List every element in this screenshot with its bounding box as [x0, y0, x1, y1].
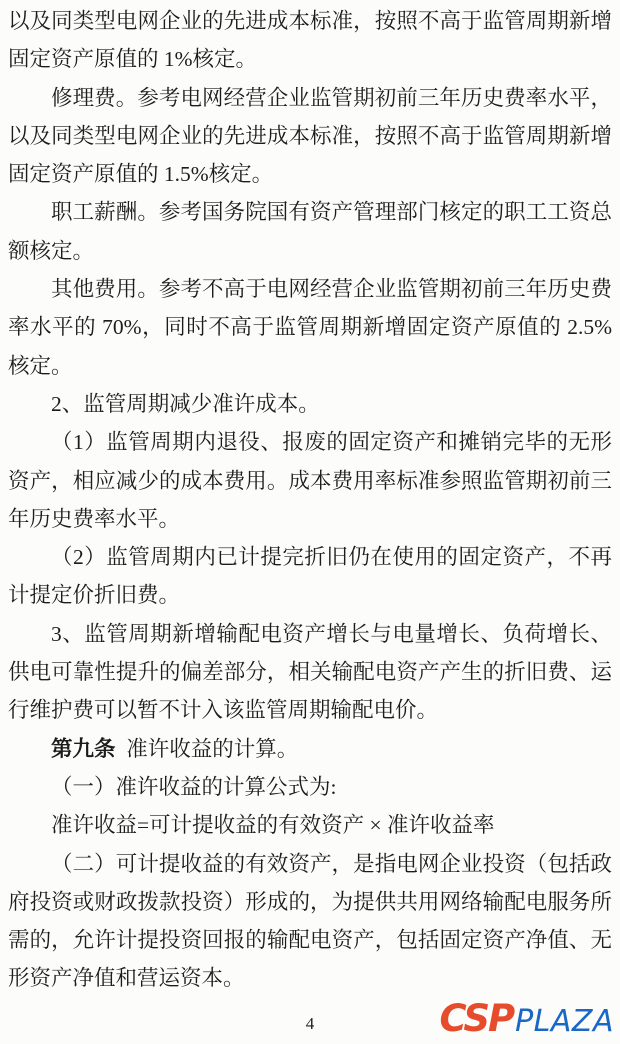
paragraph: 3、监管周期新增输配电资产增长与电量增长、负荷增长、供电可靠性提升的偏差部分，相…	[8, 615, 612, 730]
csp-logo-text: CSP	[439, 997, 513, 1040]
paragraph: 第九条准许收益的计算。	[8, 730, 612, 768]
paragraph: （2）监管周期内已计提完折旧仍在使用的固定资产，不再计提定价折旧费。	[8, 538, 612, 615]
page-number: 4	[306, 1014, 315, 1033]
cspplaza-logo: CSPPLAZA	[439, 1000, 614, 1037]
paragraph: 其他费用。参考不高于电网经营企业监管期初前三年历史费率水平的 70%，同时不高于…	[8, 270, 612, 385]
paragraph: 以及同类型电网企业的先进成本标准，按照不高于监管周期新增固定资产原值的 1%核定…	[8, 2, 612, 79]
article-number: 第九条	[51, 737, 116, 761]
paragraph: 2、监管周期减少准许成本。	[8, 385, 612, 423]
paragraph: 准许收益=可计提收益的有效资产 × 准许收益率	[8, 806, 612, 844]
paragraph: 职工薪酬。参考国务院国有资产管理部门核定的职工工资总额核定。	[8, 193, 612, 270]
paragraph: 修理费。参考电网经营企业监管期初前三年历史费率水平，以及同类型电网企业的先进成本…	[8, 79, 612, 194]
document-page: 以及同类型电网企业的先进成本标准，按照不高于监管周期新增固定资产原值的 1%核定…	[0, 0, 620, 998]
paragraph: （二）可计提收益的有效资产，是指电网企业投资（包括政府投资或财政拨款投资）形成的…	[8, 845, 612, 998]
paragraph: （1）监管周期内退役、报废的固定资产和摊销完毕的无形资产，相应减少的成本费用。成…	[8, 423, 612, 538]
paragraph: （一）准许收益的计算公式为:	[8, 768, 612, 806]
document-body: 以及同类型电网企业的先进成本标准，按照不高于监管周期新增固定资产原值的 1%核定…	[0, 0, 620, 998]
plaza-logo-text: PLAZA	[515, 1004, 614, 1039]
